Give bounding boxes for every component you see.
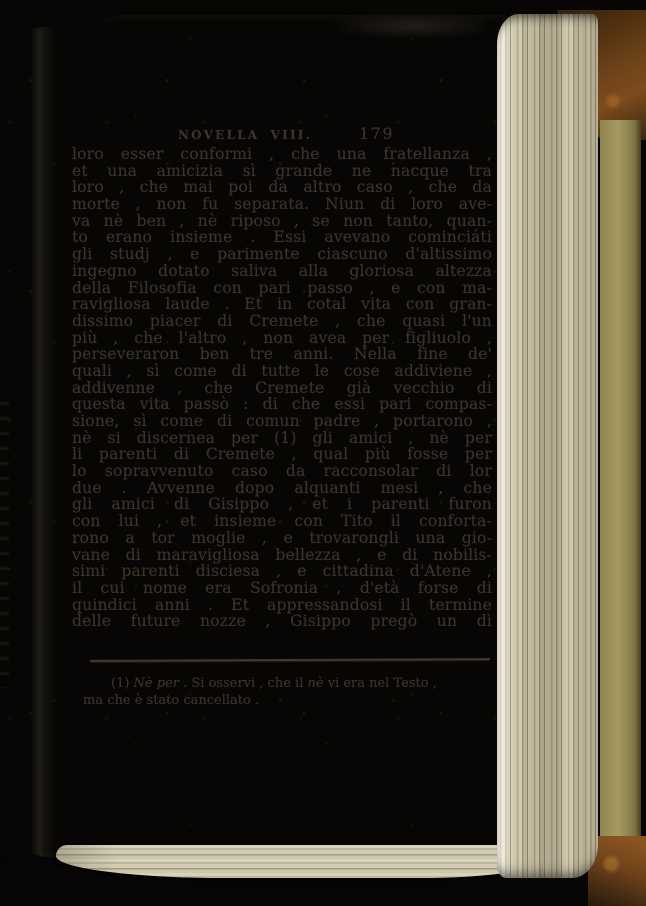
text-line: perseveraron ben tre anni. Nella fine de… [72,346,492,363]
footnote-italic-text: nè [307,676,323,691]
page-top-stain [326,16,484,38]
facing-page-showthrough [0,402,9,688]
text-line: il cui nome era Sofronia , d'età forse d… [72,580,492,597]
fore-edge-page-stack [497,14,598,878]
text-line: con lui , et insieme con Tito il confort… [72,513,492,530]
page-number: 179 [359,124,394,143]
text-line: ingegno dotato saliva alla gloriosa alte… [72,263,492,280]
text-line: simi parenti disciesa , e cittadina d'At… [72,563,492,580]
footnote-italic-text: Nè per [134,676,179,691]
footnote-text: (1) [111,676,134,691]
gutter-crease [30,15,56,857]
text-line: ravigliosa laude . Et in cotal vita con … [72,296,492,313]
footnote-rule [90,658,490,662]
body-text: loro esser conformi , che una fratellanz… [72,146,492,630]
text-line: della Filosofia con pari passo , e con m… [72,280,492,297]
text-line: vane di maravigliosa bellezza , e di nob… [72,547,492,564]
text-line: morte , non fu separata. Niun di loro av… [72,196,492,213]
footnote-text: . Si osservi , che il [179,676,308,691]
running-header: NOVELLA VIII. 179 [72,124,492,140]
footnote-text: ma che è stato cancellato . [83,693,259,708]
text-line: loro esser conformi , che una fratellanz… [72,146,492,163]
text-line: quali , sì come di tutte le cose addivie… [72,363,492,380]
text-line: to erano insieme . Essi avevano cominciá… [72,229,492,246]
book-scan: NOVELLA VIII. 179 loro esser conformi , … [0,0,646,906]
text-line: due . Avvenne dopo alquanti mesi , che [72,480,492,497]
text-line: gli studj , e parimente ciascuno d'altis… [72,246,492,263]
text-line: va nè ben , nè riposo , se non tanto, qu… [72,213,492,230]
text-line: quindici anni . Et appressandosi il term… [72,597,492,614]
printed-page-content: NOVELLA VIII. 179 loro esser conformi , … [72,124,492,709]
text-line: delle future nozze , Gisippo pregò un dì [72,613,492,630]
footnote-text: vi era nel Testo , [324,676,437,691]
footnote-line: ma che è stato cancellato . [83,692,485,709]
footnote: (1) Nè per . Si osservi , che il nè vi e… [83,675,485,709]
bottom-page-stack-edge [56,845,534,878]
book-cover-side [600,120,641,850]
text-line: lo sopravvenuto caso da racconsolar di l… [72,463,492,480]
text-line: rono a tor moglie , e trovarongli una gi… [72,530,492,547]
footnote-line: (1) Nè per . Si osservi , che il nè vi e… [83,675,485,692]
text-line: dissimo piacer di Cremete , che quasi l'… [72,313,492,330]
chapter-title: NOVELLA VIII. [178,128,312,142]
text-line: loro , che mai poi da altro caso , che d… [72,179,492,196]
text-line: addivenne , che Cremete già vecchio di [72,380,492,397]
text-line: gli amici di Gisippo , et i parenti furo… [72,496,492,513]
text-line: questa vita passò : di che essi pari com… [72,396,492,413]
text-line: et una amicizia sì grande ne nacque tra [72,163,492,180]
text-line: nè si discernea per (1) gli amici , nè p… [72,430,492,447]
text-line: li parenti di Cremete , qual più fosse p… [72,446,492,463]
text-line: più , che l'altro , non avea per figliuo… [72,330,492,347]
text-line: sione, sì come di comun padre , portaron… [72,413,492,430]
